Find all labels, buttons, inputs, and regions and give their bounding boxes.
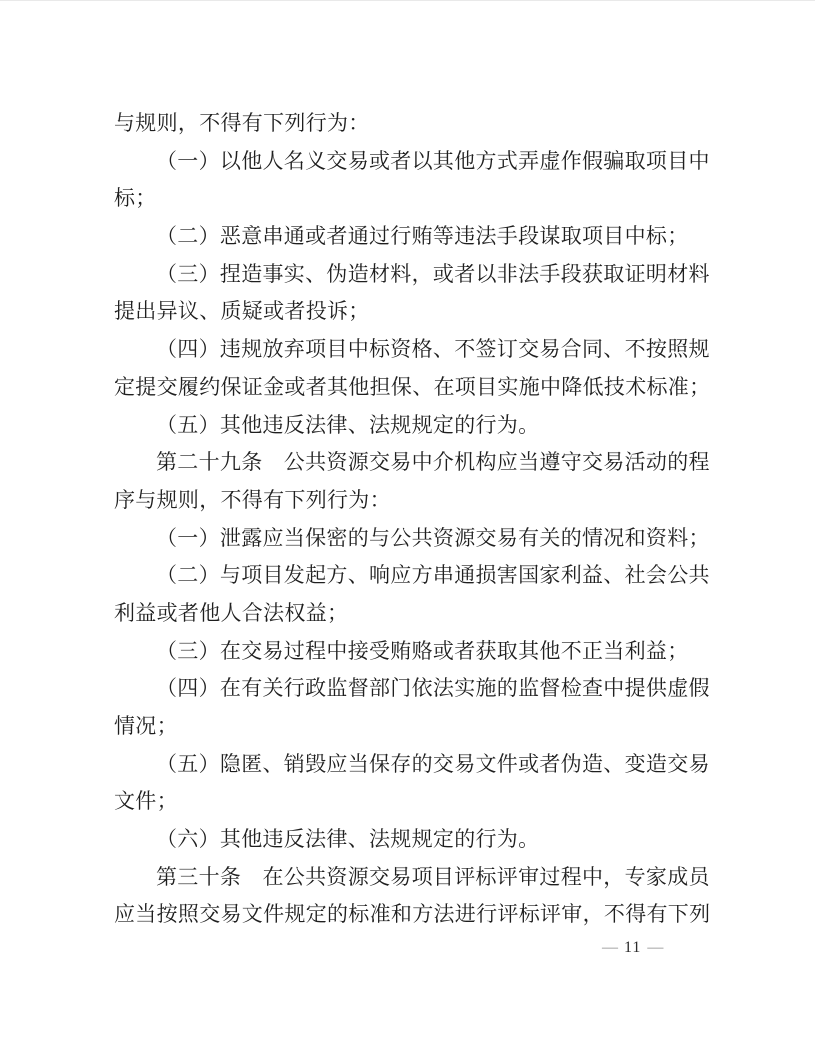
text-line: （三）捏造事实、伪造材料，或者以非法手段获取证明材料 [114,256,704,294]
text-line: 文件； [114,783,704,821]
text-line: （五）其他违反法律、法规规定的行为。 [114,407,704,445]
page-number-dash-right: — [647,939,663,956]
page-number: —11— [596,938,666,958]
page-top-edge [0,0,815,1]
text-line: （三）在交易过程中接受贿赂或者获取其他不正当利益； [114,633,704,671]
text-line: 第二十九条 公共资源交易中介机构应当遵守交易活动的程 [114,444,704,482]
document-page: 与规则，不得有下列行为：（一）以他人名义交易或者以其他方式弄虚作假骗取项目中标；… [0,0,815,1055]
page-number-dash-left: — [602,939,618,956]
text-line: 利益或者他人合法权益； [114,595,704,633]
text-line: （二）与项目发起方、响应方串通损害国家利益、社会公共 [114,557,704,595]
document-body: 与规则，不得有下列行为：（一）以他人名义交易或者以其他方式弄虚作假骗取项目中标；… [114,105,704,934]
text-line: （一）以他人名义交易或者以其他方式弄虚作假骗取项目中 [114,143,704,181]
text-line: 情况； [114,708,704,746]
text-line: （四）在有关行政监督部门依法实施的监督检查中提供虚假 [114,670,704,708]
text-line: 应当按照交易文件规定的标准和方法进行评标评审，不得有下列 [114,896,704,934]
text-line: （二）恶意串通或者通过行贿等违法手段谋取项目中标； [114,218,704,256]
text-line: 与规则，不得有下列行为： [114,105,704,143]
text-line: 定提交履约保证金或者其他担保、在项目实施中降低技术标准； [114,369,704,407]
text-line: （四）违规放弃项目中标资格、不签订交易合同、不按照规 [114,331,704,369]
text-line: 标； [114,180,704,218]
text-line: （六）其他违反法律、法规规定的行为。 [114,821,704,859]
text-line: 第三十条 在公共资源交易项目评标评审过程中，专家成员 [114,859,704,897]
text-line: 提出异议、质疑或者投诉； [114,293,704,331]
text-line: 序与规则，不得有下列行为： [114,482,704,520]
page-number-value: 11 [624,939,641,956]
text-line: （一）泄露应当保密的与公共资源交易有关的情况和资料； [114,520,704,558]
text-line: （五）隐匿、销毁应当保存的交易文件或者伪造、变造交易 [114,746,704,784]
